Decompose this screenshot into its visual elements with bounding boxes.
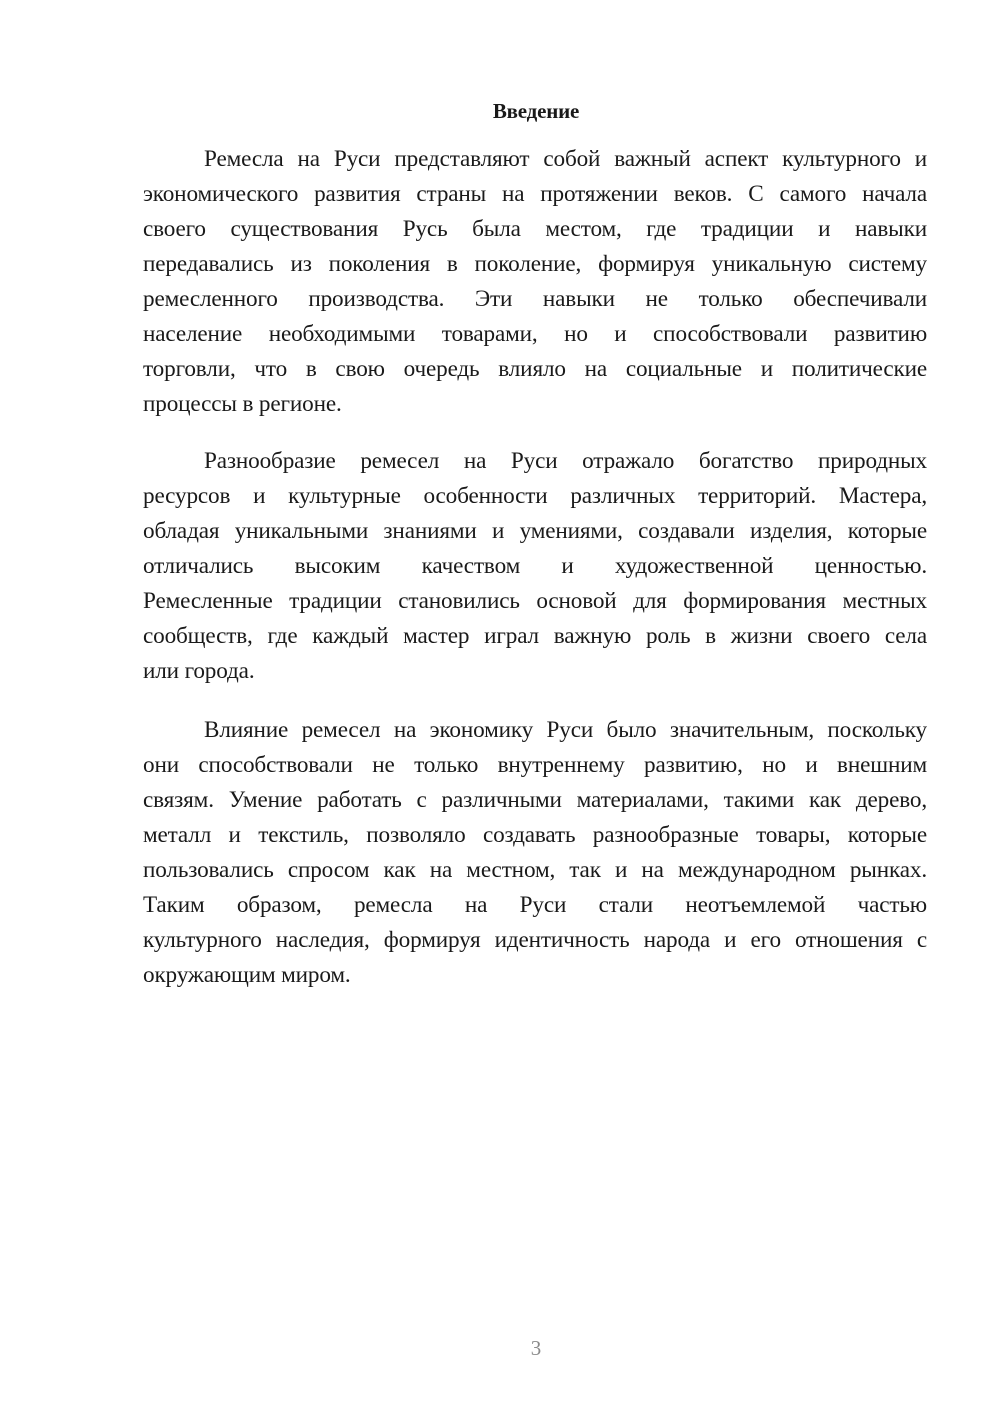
paragraph-3: Влияние ремесел на экономику Руси было з…: [143, 713, 927, 993]
text-line: передавались из поколения в поколение, ф…: [143, 247, 927, 282]
text-line: Влияние ремесел на экономику Руси было з…: [143, 713, 927, 748]
text-line: окружающим миром.: [143, 958, 927, 993]
text-line: или города.: [143, 654, 927, 689]
text-line: ресурсов и культурные особенности различ…: [143, 479, 927, 514]
text-line: отличались высоким качеством и художеств…: [143, 549, 927, 584]
paragraph-2: Разнообразие ремесел на Руси отражало бо…: [143, 444, 927, 689]
page-number: 3: [0, 1333, 1000, 1363]
text-line: процессы в регионе.: [143, 387, 927, 422]
text-line: ремесленного производства. Эти навыки не…: [143, 282, 927, 317]
text-line: Ремесла на Руси представляют собой важны…: [143, 142, 927, 177]
text-line: Ремесленные традиции становились основой…: [143, 584, 927, 619]
text-line: связям. Умение работать с различными мат…: [143, 783, 927, 818]
section-title: Введение: [0, 96, 1000, 126]
paragraph-1: Ремесла на Руси представляют собой важны…: [143, 142, 927, 422]
text-line: торговли, что в свою очередь влияло на с…: [143, 352, 927, 387]
text-line: они способствовали не только внутреннему…: [143, 748, 927, 783]
text-line: обладая уникальными знаниями и умениями,…: [143, 514, 927, 549]
text-line: экономического развития страны на протяж…: [143, 177, 927, 212]
text-line: Таким образом, ремесла на Руси стали нео…: [143, 888, 927, 923]
text-line: население необходимыми товарами, но и сп…: [143, 317, 927, 352]
text-line: Разнообразие ремесел на Руси отражало бо…: [143, 444, 927, 479]
document-page: Введение Ремесла на Руси представляют со…: [0, 0, 1000, 1414]
text-line: сообществ, где каждый мастер играл важну…: [143, 619, 927, 654]
text-line: пользовались спросом как на местном, так…: [143, 853, 927, 888]
text-line: своего существования Русь была местом, г…: [143, 212, 927, 247]
text-line: металл и текстиль, позволяло создавать р…: [143, 818, 927, 853]
text-line: культурного наследия, формируя идентично…: [143, 923, 927, 958]
